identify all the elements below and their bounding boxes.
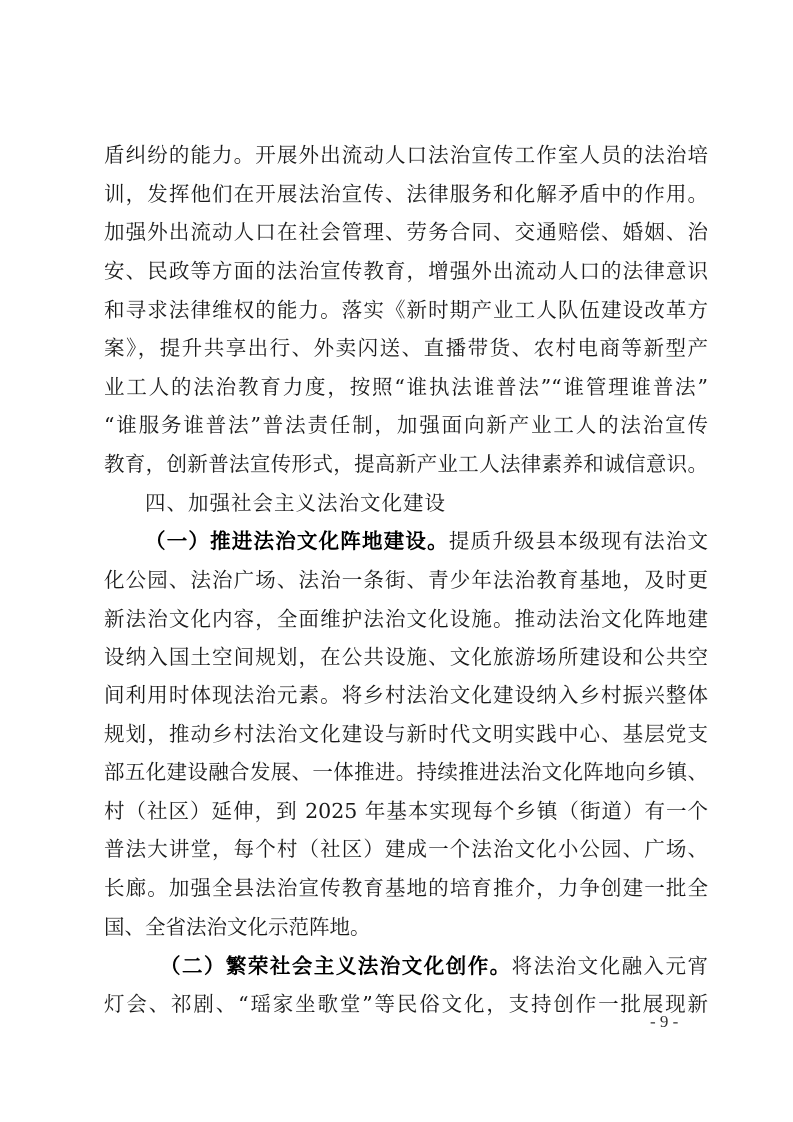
body-line: 长廊。加强全县法治宣传教育基地的培育推介，力争创建一批全 bbox=[104, 873, 708, 903]
section-heading: 四、加强社会主义法治文化建设 bbox=[145, 488, 446, 518]
subsection-2-first-line: （二）繁荣社会主义法治文化创作。将法治文化融入元宵 bbox=[160, 951, 708, 981]
body-line: 普法大讲堂，每个村（社区）建成一个法治文化小公园、广场、 bbox=[104, 834, 708, 864]
body-line: “谁服务谁普法”普法责任制，加强面向新产业工人的法治宣传 bbox=[104, 410, 708, 440]
body-line: 训，发挥他们在开展法治宣传、法律服务和化解矛盾中的作用。 bbox=[104, 179, 708, 209]
body-line: 村（社区）延伸，到 2025 年基本实现每个乡镇（街道）有一个 bbox=[104, 796, 708, 826]
body-line: 和寻求法律维权的能力。落实《新时期产业工人队伍建设改革方 bbox=[104, 295, 708, 325]
body-line: 安、民政等方面的法治宣传教育，增强外出流动人口的法律意识 bbox=[104, 256, 708, 286]
subsection-1-title: （一）推进法治文化阵地建设。 bbox=[145, 529, 449, 553]
body-line: 部五化建设融合发展、一体推进。持续推进法治文化阵地向乡镇、 bbox=[104, 757, 708, 787]
body-line: 教育，创新普法宣传形式，提高新产业工人法律素养和诚信意识。 bbox=[104, 449, 708, 479]
body-line: 规划，推动乡村法治文化建设与新时代文明实践中心、基层党支 bbox=[104, 719, 708, 749]
body-line: 加强外出流动人口在社会管理、劳务合同、交通赔偿、婚姻、治 bbox=[104, 217, 708, 247]
subsection-1-first-line: （一）推进法治文化阵地建设。提质升级县本级现有法治文 bbox=[145, 526, 708, 556]
subsection-2-text: 将法治文化融入元宵 bbox=[512, 954, 708, 978]
body-line: 化公园、法治广场、法治一条街、青少年法治教育基地，及时更 bbox=[104, 565, 708, 595]
body-line: 业工人的法治教育力度，按照“谁执法谁普法”“谁管理谁普法” bbox=[104, 372, 708, 402]
subsection-1-text: 提质升级县本级现有法治文 bbox=[449, 529, 708, 553]
body-line: 案》，提升共享出行、外卖闪送、直播带货、农村电商等新型产 bbox=[104, 333, 708, 363]
page-number-text: - 9 - bbox=[650, 1012, 678, 1032]
body-line: 国、全省法治文化示范阵地。 bbox=[104, 912, 708, 942]
body-line: 设纳入国土空间规划，在公共设施、文化旅游场所建设和公共空 bbox=[104, 642, 708, 672]
body-line: 新法治文化内容，全面维护法治文化设施。推动法治文化阵地建 bbox=[104, 604, 708, 634]
document-page: 盾纠纷的能力。开展外出流动人口法治宣传工作室人员的法治培 训，发挥他们在开展法治… bbox=[0, 0, 793, 1122]
body-line: 盾纠纷的能力。开展外出流动人口法治宣传工作室人员的法治培 bbox=[104, 140, 708, 170]
subsection-2-title: （二）繁荣社会主义法治文化创作。 bbox=[160, 954, 512, 978]
body-line: 灯会、祁剧、“瑶家坐歌堂”等民俗文化，支持创作一批展现新 bbox=[104, 989, 708, 1019]
body-line: 间利用时体现法治元素。将乡村法治文化建设纳入乡村振兴整体 bbox=[104, 680, 708, 710]
